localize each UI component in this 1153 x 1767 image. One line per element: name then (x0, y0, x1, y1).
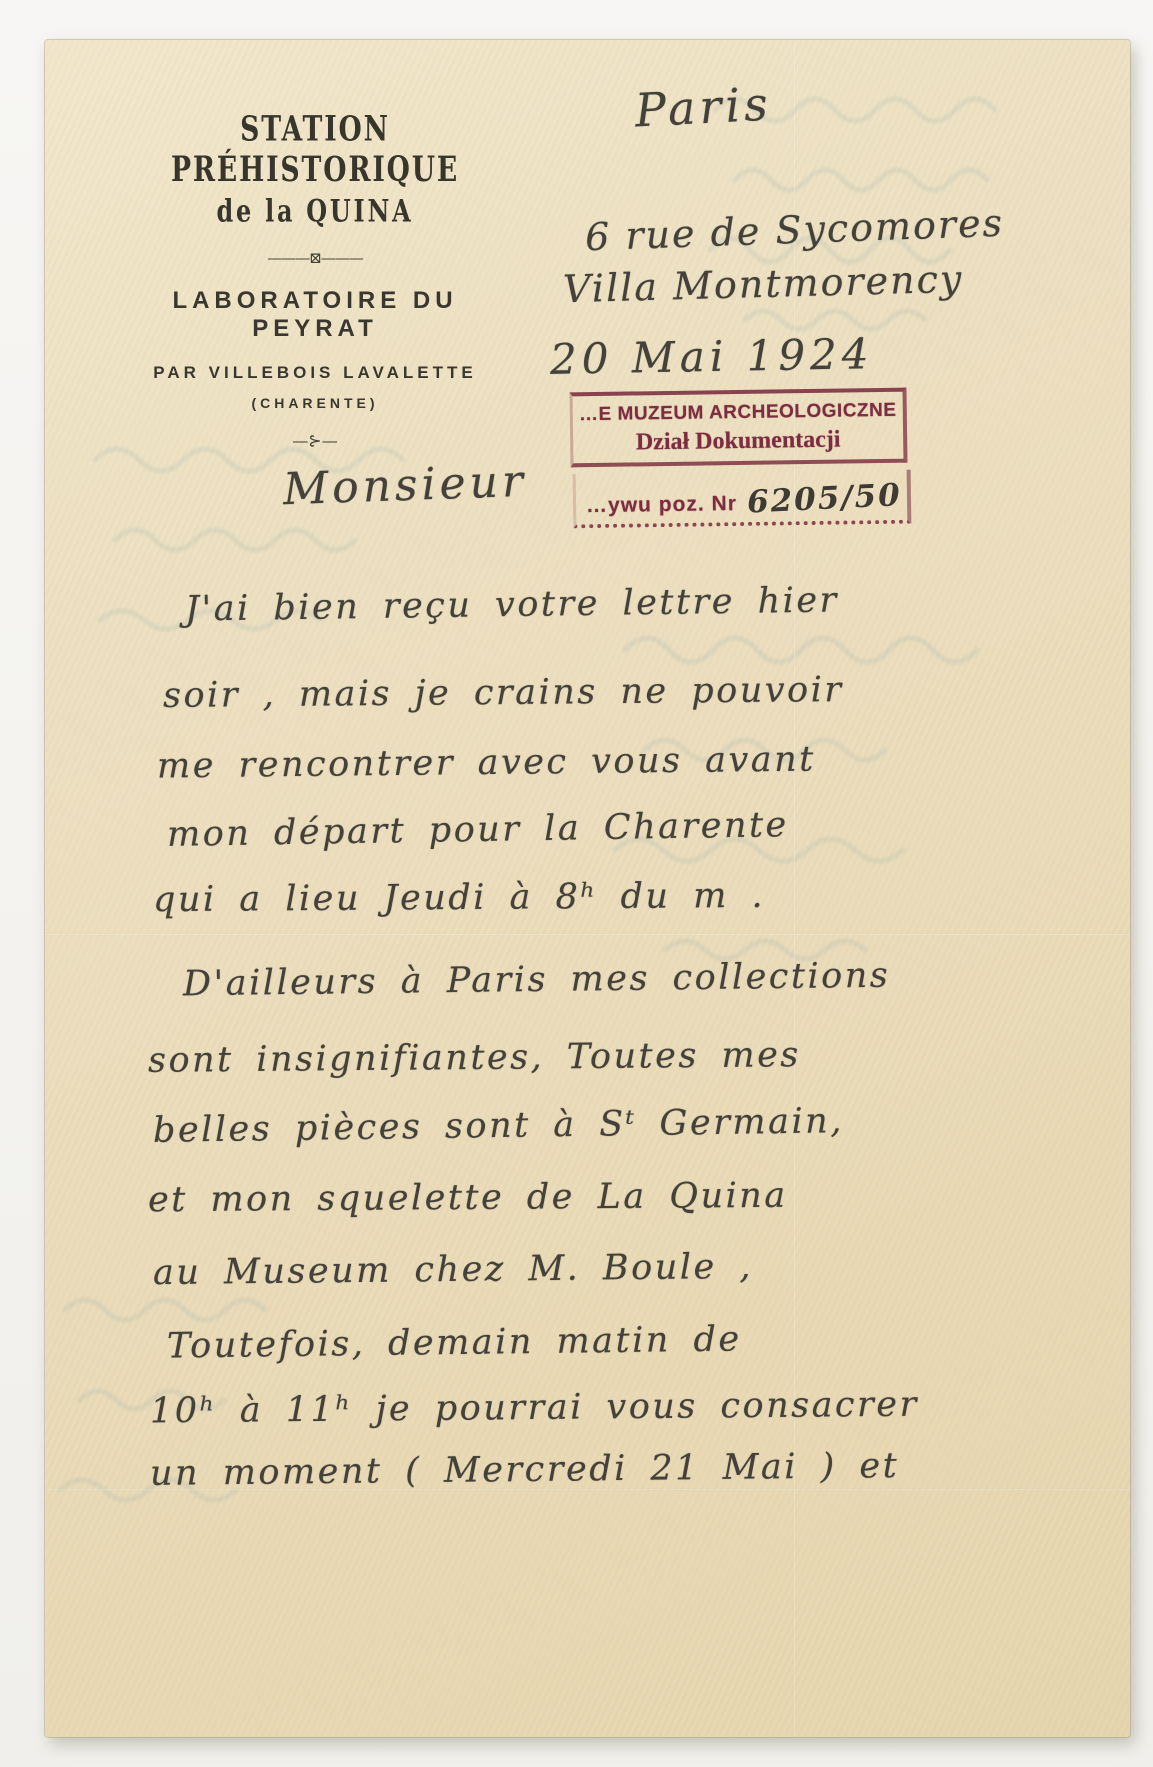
handwritten-line: et mon squelette de La Quina (148, 1176, 788, 1220)
handwritten-line: un moment ( Mercredi 21 Mai ) et (150, 1446, 900, 1494)
handwritten-line: belles pièces sont à Sᵗ Germain, (153, 1101, 844, 1151)
handwritten-line: sont insignifiantes, Toutes mes (148, 1035, 801, 1081)
handwritten-line: soir , mais je crains ne pouvoir (163, 670, 844, 716)
handwritten-line: 10ʰ à 11ʰ je pourrai vous consacrer (150, 1385, 919, 1432)
handwritten-line: qui a lieu Jeudi à 8ʰ du m . (153, 876, 765, 920)
handwritten-line: me rencontrer avec vous avant (157, 740, 816, 787)
scan-background: STATION PRÉHISTORIQUE de la QUINA ———⊠——… (0, 0, 1153, 1767)
handwritten-line: Toutefois, demain matin de (167, 1319, 742, 1366)
letter-page: STATION PRÉHISTORIQUE de la QUINA ———⊠——… (45, 40, 1130, 1737)
handwritten-line: mon départ pour la Charente (167, 805, 789, 855)
handwritten-line: D'ailleurs à Paris mes collections (183, 956, 891, 1005)
handwritten-line: au Museum chez M. Boule , (153, 1247, 753, 1293)
letter-body: J'ai bien reçu votre lettre hier soir , … (45, 40, 1130, 1737)
handwritten-line: J'ai bien reçu votre lettre hier (185, 580, 839, 629)
